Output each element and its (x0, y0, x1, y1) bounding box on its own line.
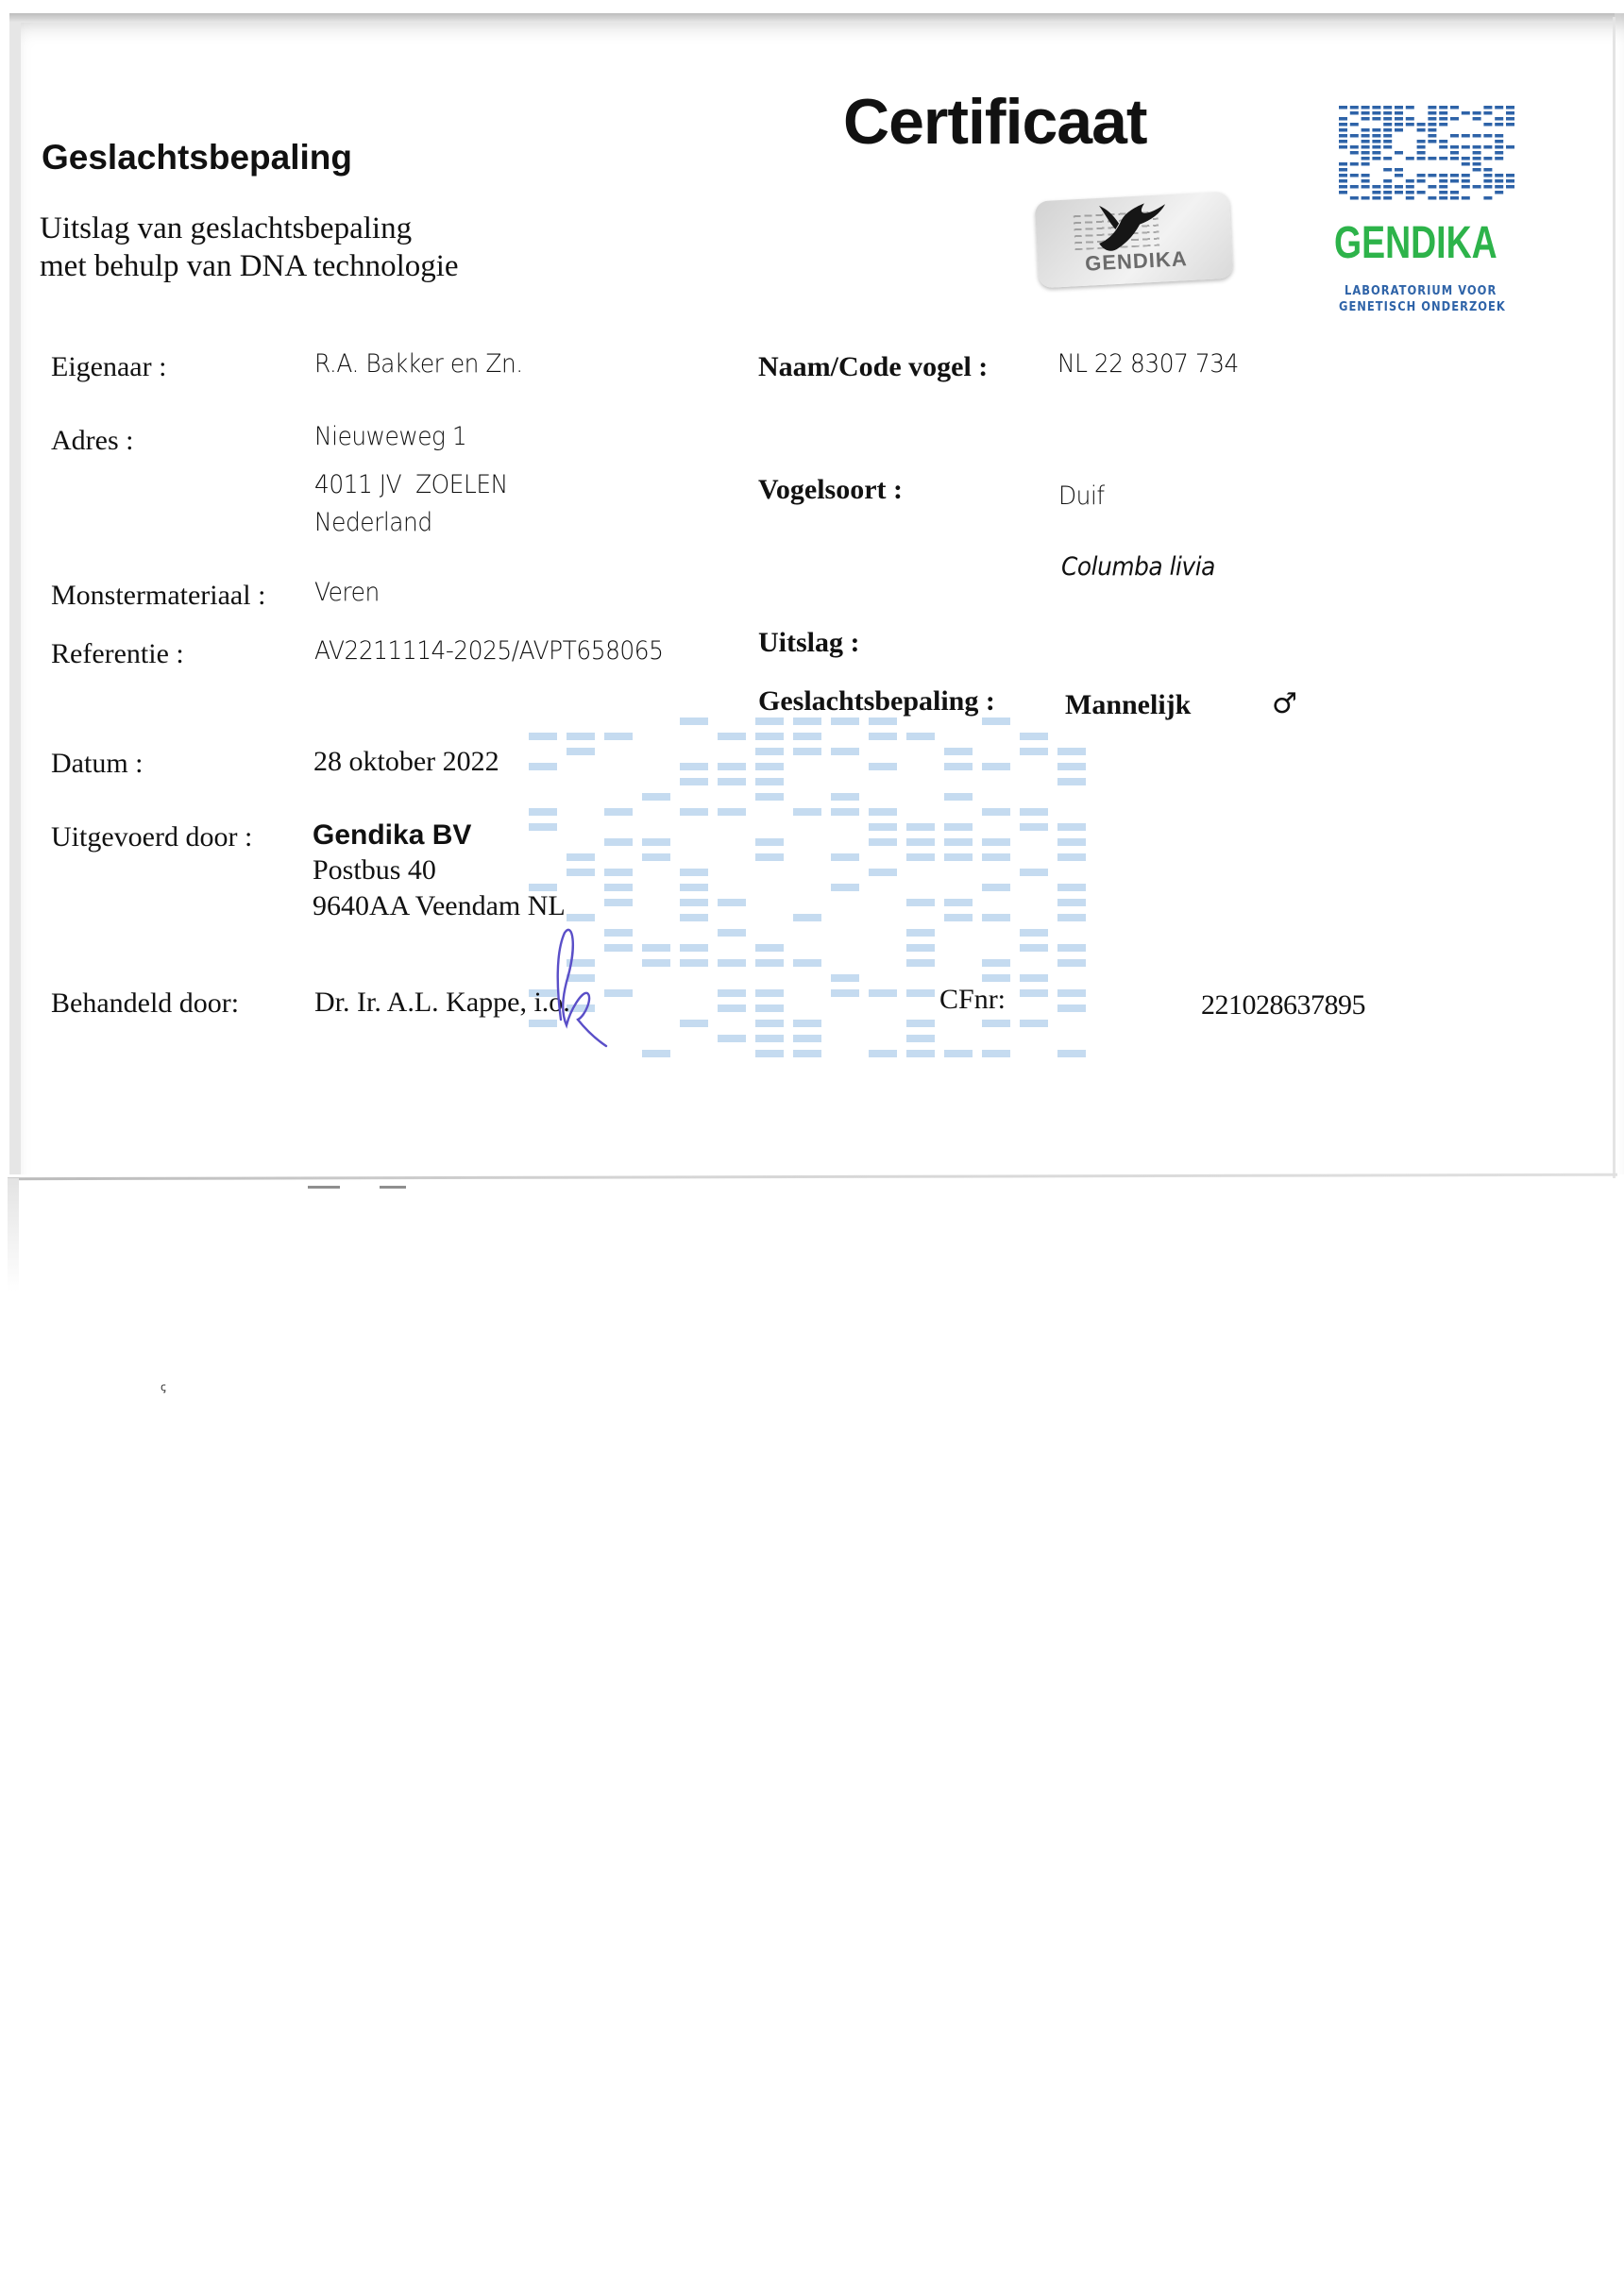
sample-material-value: Veren (314, 578, 380, 607)
scan-edge-right (1613, 17, 1616, 1178)
certificate-heading: Certificaat (843, 85, 1147, 159)
cf-number-value: 221028637895 (1201, 989, 1365, 1021)
scan-shadow (8, 1178, 19, 1291)
sticker-label: GENDIKA (1085, 246, 1189, 277)
date-label: Datum : (51, 748, 144, 780)
handled-by-label: Behandeld door: (51, 988, 239, 1020)
bird-code-value: NL 22 8307 734 (1057, 349, 1239, 379)
address-line1: Nieuweweg 1 (314, 422, 466, 451)
signature-icon (529, 925, 633, 1057)
address-line2: 4011 JV ZOELEN (314, 470, 508, 499)
document-title: Geslachtsbepaling (42, 138, 352, 177)
address-line3: Nederland (314, 508, 432, 537)
male-symbol-icon: ♂ (1272, 687, 1297, 720)
sample-material-label: Monstermateriaal : (51, 580, 265, 612)
address-label: Adres : (51, 425, 133, 457)
brand-tagline-line2: GENETISCH ONDERZOEK (1339, 299, 1506, 314)
scan-mark (380, 1186, 406, 1189)
reference-label: Referentie : (51, 638, 184, 670)
dna-grid-logo-icon (1339, 106, 1518, 202)
hologram-sticker: GENDIKA (1035, 192, 1234, 289)
owner-label: Eigenaar : (51, 351, 166, 383)
sex-determination-value: Mannelijk (1065, 689, 1191, 721)
date-value: 28 oktober 2022 (313, 746, 499, 778)
performed-by-line2: 9640AA Veendam NL (313, 890, 566, 922)
scan-mark (308, 1186, 340, 1189)
performed-by-label: Uitgevoerd door : (51, 821, 252, 853)
performed-by-line1: Postbus 40 (313, 854, 436, 886)
brand-name: GENDIKA (1334, 217, 1497, 269)
bird-species-latin: Columba livia (1061, 552, 1215, 582)
owner-value: R.A. Bakker en Zn. (314, 349, 523, 379)
bird-species-common: Duif (1058, 481, 1105, 511)
document-subtitle-line1: Uitslag van geslachtsbepaling (40, 210, 412, 247)
sex-determination-label: Geslachtsbepaling : (758, 685, 995, 717)
document-subtitle-line2: met behulp van DNA technologie (40, 247, 459, 285)
reference-value: AV2211114-2025/AVPT658065 (314, 636, 663, 666)
bird-code-label: Naam/Code vogel : (758, 351, 988, 383)
scan-edge-top (9, 13, 1615, 23)
cf-number-label: CFnr: (939, 984, 1006, 1016)
scan-speck: ꞔ (161, 1378, 166, 1394)
result-label: Uitslag : (758, 627, 860, 659)
performed-by-name: Gendika BV (313, 819, 471, 852)
bird-species-label: Vogelsoort : (758, 474, 903, 506)
brand-tagline-line1: LABORATORIUM VOOR (1345, 283, 1497, 298)
